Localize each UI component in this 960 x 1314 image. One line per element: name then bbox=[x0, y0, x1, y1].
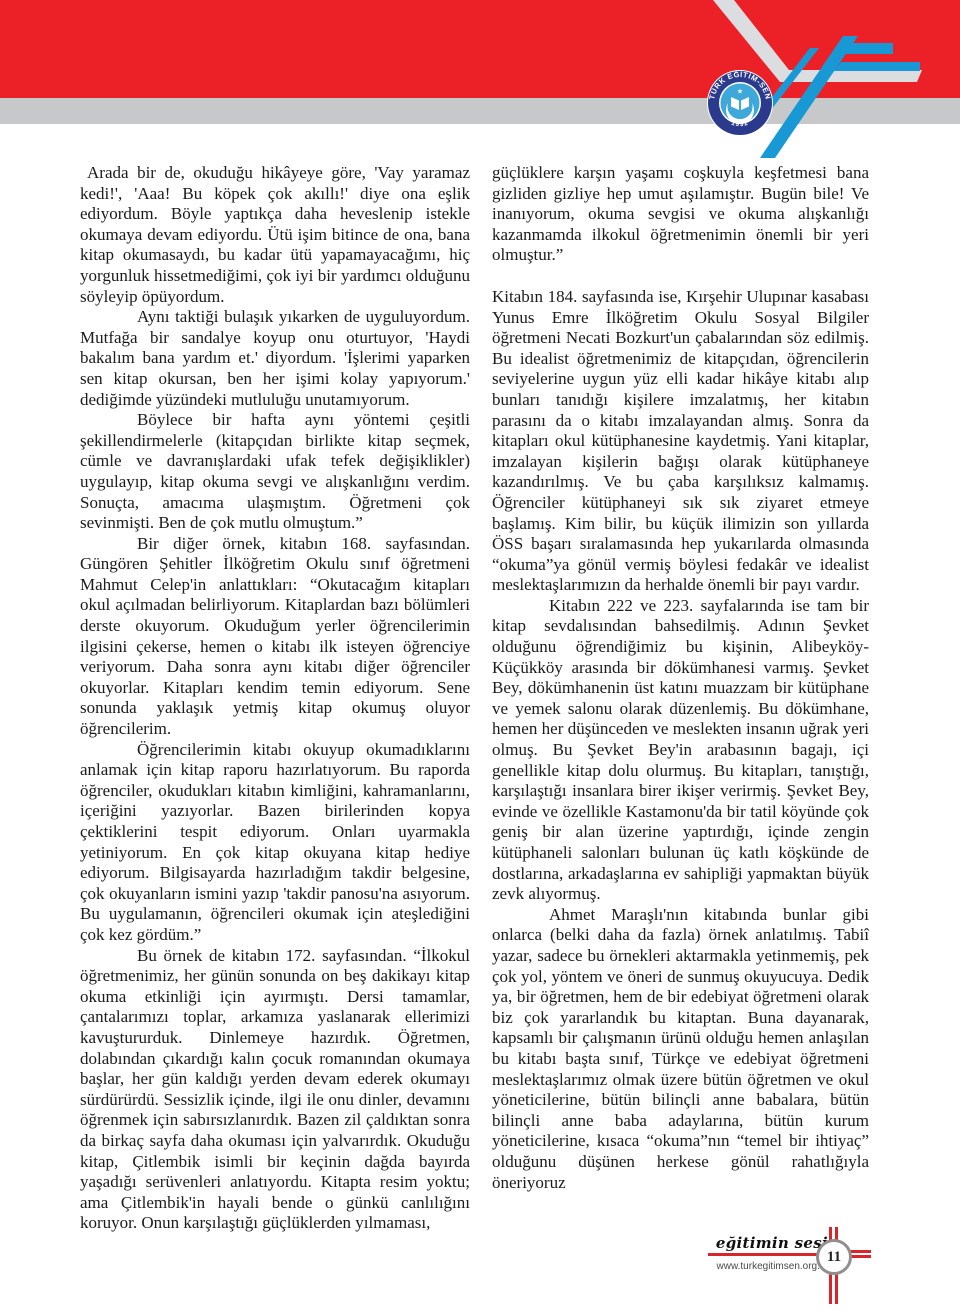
article-column-left: Arada bir de, okuduğu hikâyeye göre, 'Va… bbox=[80, 163, 470, 1234]
page-number: 11 bbox=[827, 1249, 841, 1266]
paragraph: Bu örnek de kitabın 172. sayfasından. “İ… bbox=[80, 946, 470, 1234]
footer-website: www.turkegitimsen.org.tr bbox=[700, 1261, 826, 1272]
magazine-page: ★ TÜRK EĞİTİM-SEN 1992 Arada bir de, oku… bbox=[0, 0, 960, 1314]
blue-middle-bar bbox=[834, 62, 920, 71]
article-column-right: güçlüklere karşın yaşamı coşkuyla keşfet… bbox=[492, 163, 869, 1193]
footer-brand: eğitimin sesi bbox=[700, 1234, 828, 1252]
paragraph: Aynı taktiği bulaşık yıkarken de uyguluy… bbox=[80, 307, 470, 410]
paragraph: Arada bir de, okuduğu hikâyeye göre, 'Va… bbox=[80, 163, 470, 307]
page-number-badge: 11 bbox=[816, 1239, 852, 1275]
paragraph: Kitabın 184. sayfasında ise, Kırşehir Ul… bbox=[492, 287, 869, 596]
footer-right-line bbox=[850, 1255, 871, 1258]
paragraph: güçlüklere karşın yaşamı coşkuyla keşfet… bbox=[492, 163, 869, 266]
blue-diagonal-right bbox=[780, 55, 843, 130]
badge-star-icon: ★ bbox=[737, 88, 743, 96]
paragraph: Öğrencilerimin kitabı okuyup okumadıklar… bbox=[80, 740, 470, 946]
header-decoration bbox=[0, 0, 960, 175]
paragraph: Bir diğer örnek, kitabın 168. sayfasında… bbox=[80, 534, 470, 740]
blue-top-bar bbox=[837, 43, 893, 54]
footer-left-line bbox=[708, 1253, 818, 1256]
footer-right-line bbox=[850, 1250, 871, 1253]
paragraph: Kitabın 222 ve 223. sayfalarında ise tam… bbox=[492, 596, 869, 905]
paragraph: Böylece bir hafta aynı yöntemi çeşitli ş… bbox=[80, 410, 470, 534]
paragraph: Ahmet Maraşlı'nın kitabında bunlar gibi … bbox=[492, 905, 869, 1193]
union-logo-badge: ★ TÜRK EĞİTİM-SEN 1992 bbox=[706, 69, 774, 137]
